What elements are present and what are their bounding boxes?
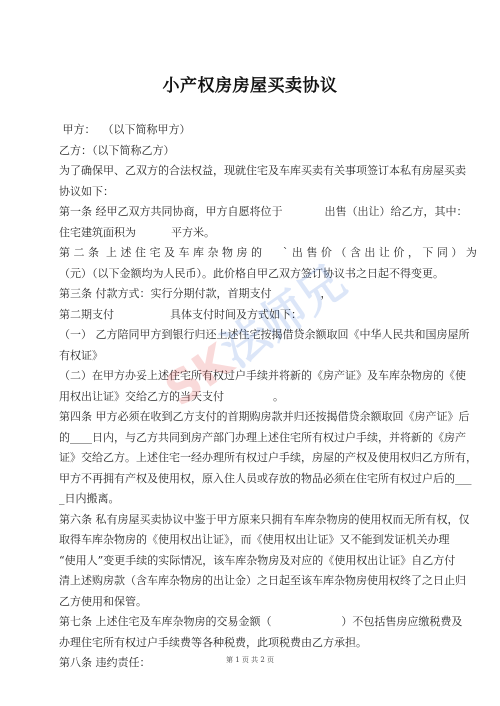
party-b-line: 乙方：（以下简称乙方） (59, 141, 479, 162)
article-3-item-1: 有权证》 (59, 346, 479, 367)
article-4-line: 甲方不再拥有产权及使用权，原入住人员或存放的物品必须在住宅所有权过户后的___ (59, 469, 479, 490)
article-4-line: _日内搬离。 (59, 489, 479, 510)
article-6-line: 第六条 私有房屋买卖协议中鉴于甲方原来只拥有车库杂物房的使用权而无所有权，仅 (59, 510, 479, 531)
article-7-line: 第七条 上述住宅及车库杂物房的交易金额（ ）不包括售房应缴税费及 (59, 612, 479, 633)
page-number: 第 1 页 共 2 页 (0, 655, 500, 665)
preamble-line: 协议如下： (59, 182, 479, 203)
article-6-line: 乙方使用和保管。 (59, 592, 479, 613)
article-1-line: 住宅建筑面积为 平方米。 (59, 223, 479, 244)
article-3-line: 第二期支付 具体支付时间及方式如下： (59, 305, 479, 326)
article-1-line: 第一条 经甲乙双方共同协商，甲方自愿将位于 出售（出让）给乙方，其中： (59, 202, 479, 223)
article-7-line: 办理住宅所有权过户手续费等各种税费，此项税费由乙方承担。 (59, 633, 479, 654)
document-page: 小产权房房屋买卖协议 甲方： （以下简称甲方） 乙方：（以下简称乙方） 为了确保… (0, 0, 500, 706)
article-3-item-1: （一） 乙方陪同甲方到银行归还上述住宅按揭借贷余额取回《中华人民共和国房屋所 (59, 325, 479, 346)
article-3-item-2: 用权出让证》交给乙方的当天支付 。 (59, 387, 479, 408)
article-4-line: 第四条 甲方必须在收到乙方支付的首期购房款并归还按揭借贷余额取回《房产证》后 (59, 407, 479, 428)
article-6-line: “使用人”变更手续的实际情况，该车库杂物房及对应的《使用权出让证》自乙方付 (59, 551, 479, 572)
preamble-line: 为了确保甲、乙双方的合法权益，现就住宅及车库买卖有关事项签订本私有房屋买卖 (59, 161, 479, 182)
article-3-line: 第三条 付款方式：实行分期付款，首期支付 ， (59, 284, 479, 305)
article-2-line: （元）（以下金额均为人民币）。此价格自甲乙双方签订协议书之日起不得变更。 (59, 264, 479, 285)
article-3-item-2: （二）在甲方办妥上述住宅所有权过户手续并将新的《房产证》及车库杂物房的《使 (59, 366, 479, 387)
article-4-line: 证》交给乙方。上述住宅一经办理所有权过户手续，房屋的产权及使用权归乙方所有， (59, 448, 479, 469)
document-body: 甲方： （以下简称甲方） 乙方：（以下简称乙方） 为了确保甲、乙双方的合法权益，… (59, 120, 479, 674)
article-6-line: 清上述购房款（含车库杂物房的出让金）之日起至该车库杂物房使用权终了之日止归 (59, 571, 479, 592)
article-6-line: 取得车库杂物房的《使用权出让证》，而《使用权出让证》又不能到发证机关办理 (59, 530, 479, 551)
article-4-line: 的____日内，与乙方共同到房产部门办理上述住宅所有权过户手续，并将新的《房产 (59, 428, 479, 449)
document-title: 小产权房房屋买卖协议 (0, 71, 500, 96)
party-a-line: 甲方： （以下简称甲方） (59, 120, 479, 141)
article-2-line: 第 二 条 上 述 住 宅 及 车 库 杂 物 房 的 ` 出 售 价 （ 含 … (59, 243, 479, 264)
